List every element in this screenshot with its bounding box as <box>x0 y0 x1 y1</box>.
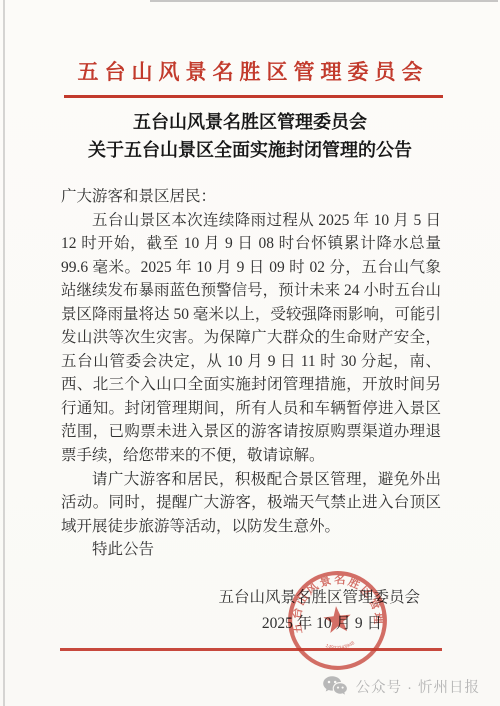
wechat-icon <box>322 675 349 697</box>
bottom-red-rule <box>60 648 442 651</box>
document-title: 五台山风景名胜区管理委员会 关于五台山景区全面实施封闭管理的公告 <box>0 108 500 164</box>
paragraph: 广大游客和景区居民： <box>61 185 441 209</box>
paragraph: 请广大游客和居民，积极配合景区管理，避免外出活动。同时，提醒广大游客，极端天气禁… <box>61 468 441 539</box>
signature-org-name: 五台山风景名胜区管理委员会 <box>0 585 500 607</box>
document-title-line1: 五台山风景名胜区管理委员会 <box>0 108 500 136</box>
paragraph: 特此公告 <box>61 538 441 562</box>
letterhead-org-name: 五台山风景名胜区管理委员会 <box>0 56 500 86</box>
source-label: 公众号 · 忻州日报 <box>356 676 480 697</box>
document-title-line2: 关于五台山景区全面实施封闭管理的公告 <box>0 136 500 164</box>
paragraph: 五台山景区本次连续降雨过程从 2025 年 10 月 5 日 12 时开始，截至… <box>61 209 441 468</box>
seal-star-icon <box>322 605 352 634</box>
document-photo: 五台山风景名胜区管理委员会 五台山风景名胜区管理委员会 关于五台山景区全面实施封… <box>0 0 500 706</box>
letterhead-red-rule <box>64 95 443 98</box>
source-watermark: 公众号 · 忻州日报 <box>322 673 480 699</box>
photo-top-edge <box>150 0 498 2</box>
official-seal: 五台山风景名胜区管理委员会 14922343948 <box>281 564 394 677</box>
seal-code: 14922343948 <box>324 640 357 653</box>
body-text: 广大游客和景区居民：五台山景区本次连续降雨过程从 2025 年 10 月 5 日… <box>61 185 441 562</box>
